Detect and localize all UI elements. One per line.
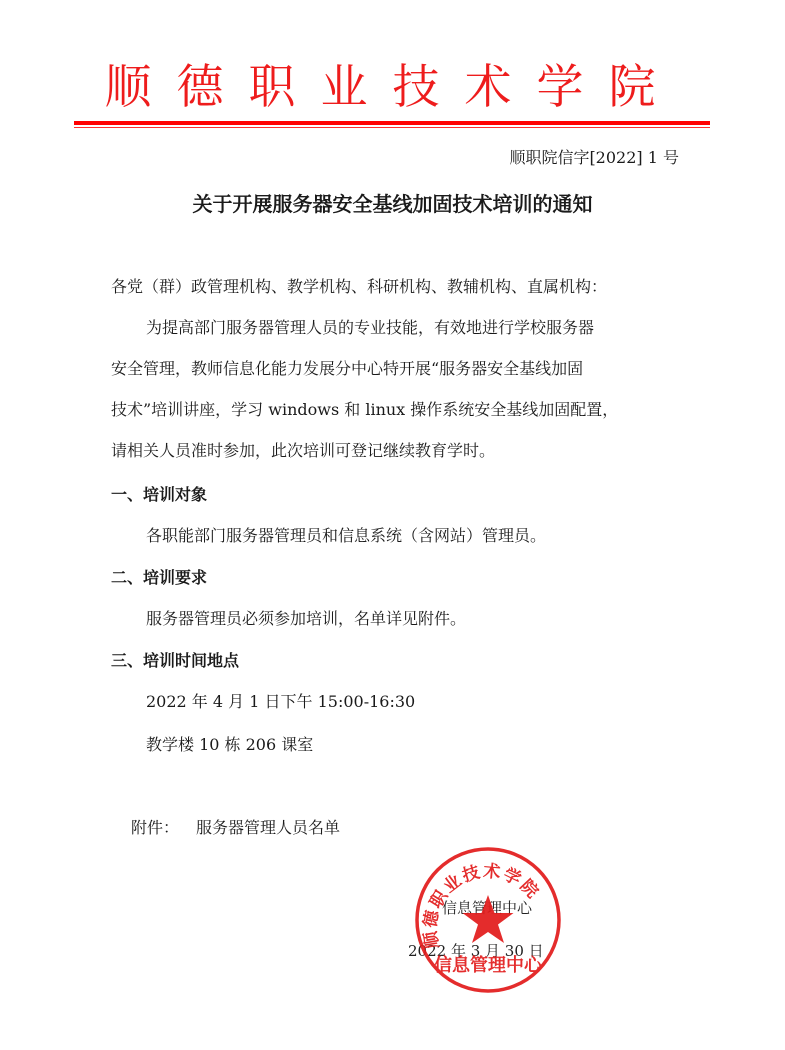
section-time-text: 2022 年 4 月 1 日下午 15:00-16:30 (146, 690, 415, 714)
masthead-rule-thin (74, 127, 710, 128)
section-heading-requirements: 二、培训要求 (111, 566, 207, 590)
section-heading-audience: 一、培训对象 (111, 483, 207, 507)
section-audience-text: 各职能部门服务器管理员和信息系统（含网站）管理员。 (146, 524, 546, 548)
attachment-label: 附件： (131, 816, 179, 840)
document-number: 顺职院信字[2022] 1 号 (509, 147, 679, 169)
salutation: 各党（群）政管理机构、教学机构、科研机构、教辅机构、直属机构： (111, 275, 681, 299)
official-seal-stamp: 顺德职业技术学院 信息管理中心 (413, 845, 563, 995)
section-place-text: 教学楼 10 栋 206 课室 (146, 733, 313, 757)
institution-masthead: 顺德职业技术学院 (0, 58, 785, 118)
seal-arc-text: 顺德职业技术学院 (419, 860, 544, 950)
section-requirements-text: 服务器管理员必须参加培训，名单详见附件。 (146, 607, 466, 631)
intro-line-1: 为提高部门服务器管理人员的专业技能，有效地进行学校服务器 (146, 316, 594, 340)
attachment-name[interactable]: 服务器管理人员名单 (196, 816, 340, 840)
intro-line-4: 请相关人员准时参加，此次培训可登记继续教育学时。 (111, 439, 495, 463)
svg-text:顺德职业技术学院: 顺德职业技术学院 (419, 860, 544, 950)
notice-title: 关于开展服务器安全基线加固技术培训的通知 (0, 190, 785, 218)
intro-line-3: 技术”培训讲座，学习 windows 和 linux 操作系统安全基线加固配置， (111, 398, 618, 422)
intro-line-2: 安全管理，教师信息化能力发展分中心特开展“服务器安全基线加固 (111, 357, 583, 381)
section-heading-time-place: 三、培训时间地点 (111, 649, 239, 673)
masthead-rule-thick (74, 121, 710, 125)
star-icon (463, 895, 514, 943)
seal-center-text: 信息管理中心 (434, 954, 543, 976)
